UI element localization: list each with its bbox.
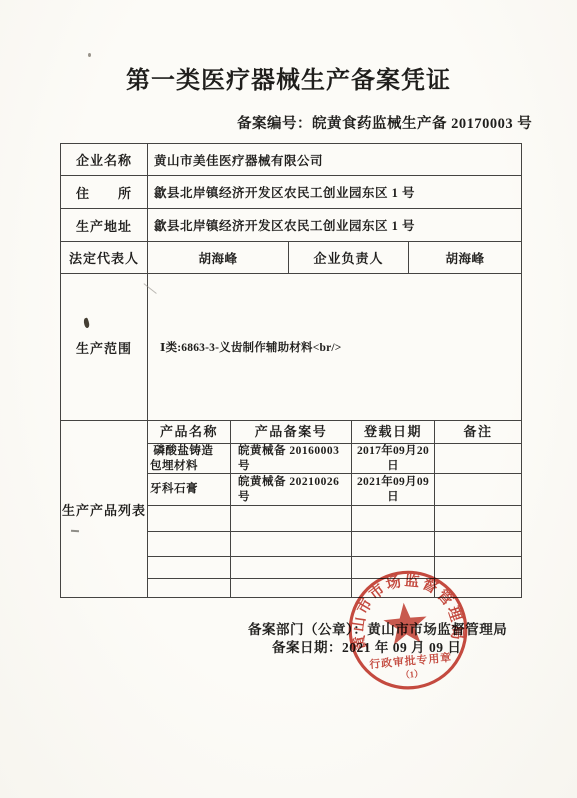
- empty-cell: [435, 506, 521, 531]
- stamp-number: （1）: [400, 668, 423, 680]
- production-address-value: 歙县北岸镇经济开发区农民工创业园东区 1 号: [148, 209, 521, 241]
- empty-cell: [231, 506, 352, 531]
- production-address-label: 生产地址: [61, 209, 148, 241]
- product-name-header: 产品名称: [148, 421, 231, 443]
- scan-artifact-speck: [88, 53, 91, 57]
- product-filing-no: 皖黄械备 20210026 号: [231, 474, 352, 505]
- product-date: 2017年09月20 日: [352, 444, 435, 473]
- product-header-row: 产品名称 产品备案号 登载日期 备注: [148, 421, 521, 444]
- legal-rep-value: 胡海峰: [148, 242, 289, 273]
- empty-cell: [148, 579, 231, 597]
- product-list-label: 生产产品列表: [61, 421, 148, 597]
- residence-label: 住 所: [61, 176, 148, 208]
- empty-cell: [148, 532, 231, 556]
- stamp-caption: 行政审批专用章: [369, 650, 453, 671]
- product-note: [435, 444, 521, 473]
- filing-number: 备案编号：皖黄食药监械生产备 20170003 号: [237, 112, 532, 133]
- official-stamp: 黄山市市场监督管理局 行政审批专用章 （1）: [323, 544, 494, 715]
- product-row: 磷酸盐铸造 包埋材料 皖黄械备 20160003 号 2017年09月20 日: [148, 444, 521, 474]
- product-filing-no: 皖黄械备 20160003 号: [231, 444, 352, 473]
- table-row-production-address: 生产地址 歙县北岸镇经济开发区农民工创业园东区 1 号: [61, 209, 521, 242]
- product-date-header: 登载日期: [352, 421, 435, 443]
- production-scope-value: Ⅰ类:6863-3-义齿制作辅助材料<br/>: [148, 274, 521, 420]
- product-empty-row: [148, 506, 521, 532]
- product-note: [435, 474, 521, 505]
- manager-label: 企业负责人: [289, 242, 409, 273]
- product-note-header: 备注: [435, 421, 521, 443]
- product-date: 2021年09月09 日: [352, 474, 435, 505]
- manager-value: 胡海峰: [409, 242, 521, 273]
- product-name: 牙科石膏: [148, 474, 231, 505]
- table-row-representatives: 法定代表人 胡海峰 企业负责人 胡海峰: [61, 242, 521, 274]
- product-name: 磷酸盐铸造 包埋材料: [148, 444, 231, 473]
- page-title: 第一类医疗器械生产备案凭证: [0, 60, 577, 95]
- certificate-table: 企业名称 黄山市美佳医疗器械有限公司 住 所 歙县北岸镇经济开发区农民工创业园东…: [60, 143, 522, 598]
- product-filing-header: 产品备案号: [231, 421, 352, 443]
- legal-rep-label: 法定代表人: [61, 242, 148, 273]
- company-name-value: 黄山市美佳医疗器械有限公司: [148, 144, 521, 175]
- product-row: 牙科石膏 皖黄械备 20210026 号 2021年09月09 日: [148, 474, 521, 506]
- empty-cell: [231, 532, 352, 556]
- table-row-residence: 住 所 歙县北岸镇经济开发区农民工创业园东区 1 号: [61, 176, 521, 209]
- table-row-production-scope: 生产范围 Ⅰ类:6863-3-义齿制作辅助材料<br/>: [61, 274, 521, 421]
- production-scope-label: 生产范围: [61, 274, 148, 420]
- residence-value: 歙县北岸镇经济开发区农民工创业园东区 1 号: [148, 176, 521, 208]
- empty-cell: [148, 506, 231, 531]
- empty-cell: [352, 506, 435, 531]
- stamp-star: [382, 601, 429, 646]
- table-row-company-name: 企业名称 黄山市美佳医疗器械有限公司: [61, 144, 521, 176]
- company-name-label: 企业名称: [61, 144, 148, 175]
- empty-cell: [148, 557, 231, 578]
- certificate-page: 第一类医疗器械生产备案凭证 备案编号：皖黄食药监械生产备 20170003 号 …: [0, 0, 577, 798]
